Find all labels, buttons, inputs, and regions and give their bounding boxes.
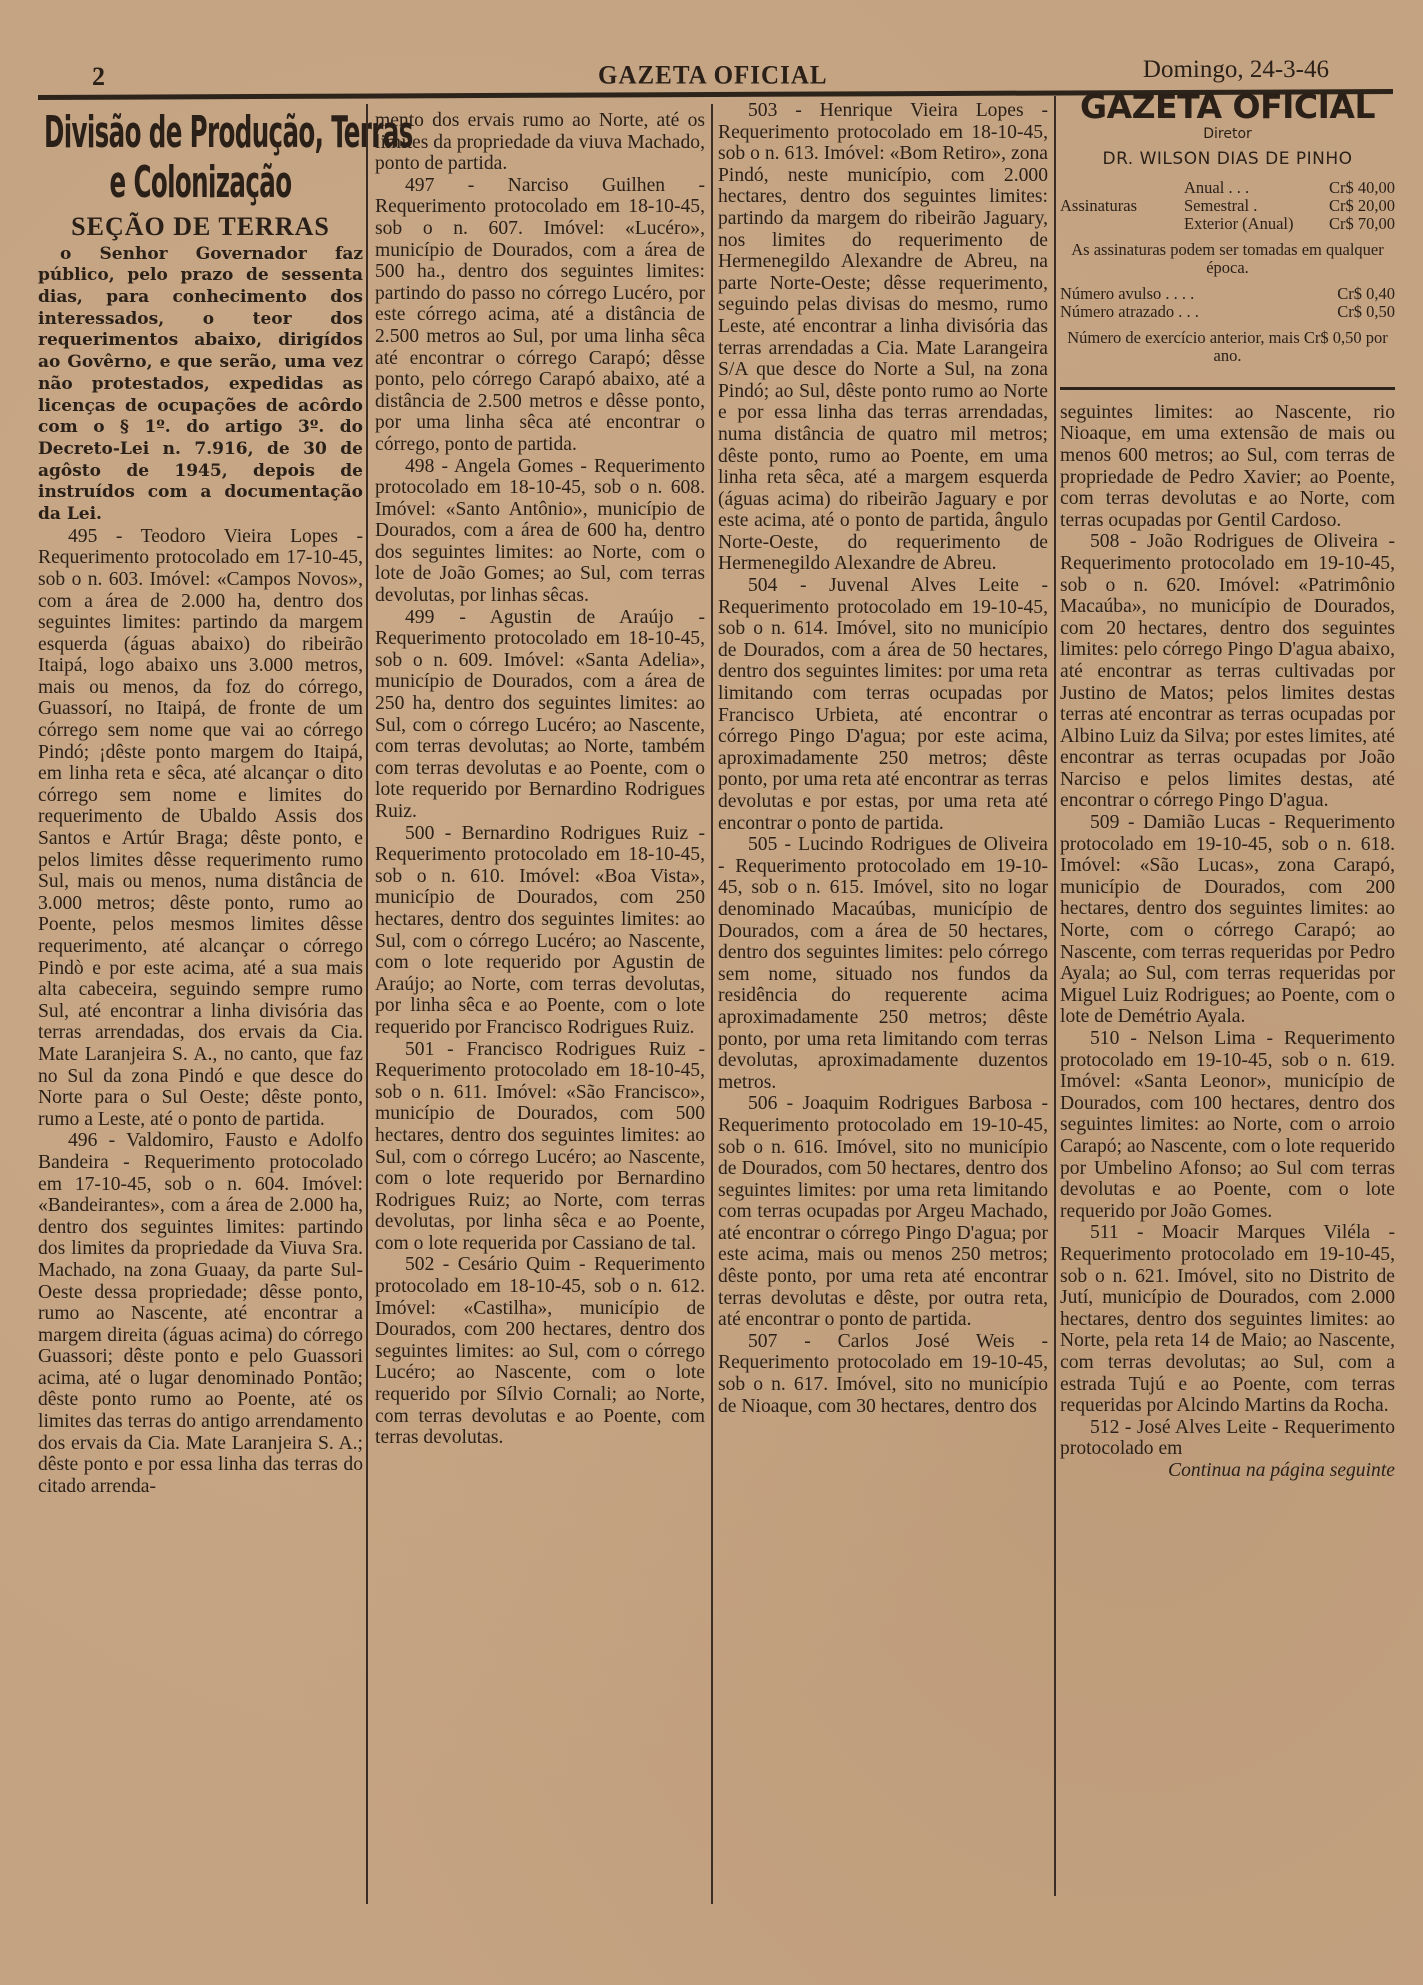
article-heading-line-1: Divisão de Produção, Terras [44,108,357,158]
entry-500: 500 - Bernardino Rodrigues Ruiz - Requer… [375,823,705,1039]
entry-503: 503 - Henrique Vieira Lopes - Requerimen… [718,100,1048,575]
masthead-rule [1060,387,1395,390]
section-heading: SEÇÃO DE TERRAS [38,216,363,238]
single-issue-price: Cr$ 0,40 [1337,285,1395,303]
column-3: 503 - Henrique Vieira Lopes - Requerimen… [718,100,1048,1417]
entry-504: 504 - Juvenal Alves Leite - Requerimento… [718,575,1048,834]
subscription-price: Cr$ 70,00 [1329,215,1395,233]
column-divider [366,104,368,1904]
entry-496: 496 - Valdomiro, Fausto e Adolfo Bandeir… [38,1130,363,1497]
entry-510: 510 - Nelson Lima - Requerimento protoco… [1060,1028,1395,1222]
previous-year-note: Número de exercício anterior, mais Cr$ 0… [1060,329,1395,365]
entry-508: 508 - João Rodrigues de Oliveira - Reque… [1060,531,1395,812]
masthead-box: GAZETA OFICIAL Diretor DR. WILSON DIAS D… [1060,96,1395,390]
director-label: Diretor [1060,124,1395,146]
subscriptions-label: Assinaturas [1060,197,1180,215]
continued-next-page-note: Continua na página seguinte [1060,1460,1395,1482]
column-divider [711,104,713,1904]
issue-date: Domingo, 24-3-46 [1143,56,1329,84]
single-issue-label: Número avulso . . . . [1060,285,1194,303]
entry-502: 502 - Cesário Quim - Requerimento protoc… [375,1254,705,1448]
entry-499: 499 - Agustin de Araújo - Requerimento p… [375,607,705,823]
back-issue-label: Número atrazado . . . [1060,303,1199,321]
subscription-note: As assinaturas podem ser tomadas em qual… [1060,241,1395,277]
entry-507-continued: seguintes limites: ao Nascente, rio Nioa… [1060,402,1395,532]
entry-506: 506 - Joaquim Rodrigues Barbosa - Requer… [718,1093,1048,1331]
subscription-period: Exterior (Anual) [1180,215,1329,233]
subscription-period: Semestral . [1180,197,1329,215]
entry-498: 498 - Angela Gomes - Requerimento protoc… [375,456,705,607]
entry-495: 495 - Teodoro Vieira Lopes - Requeriment… [38,526,363,1131]
subscription-prices: Anual . . .Cr$ 40,00 AssinaturasSemestra… [1060,179,1395,233]
newspaper-title: GAZETA OFICIAL [598,61,828,90]
subscription-price: Cr$ 40,00 [1329,179,1395,197]
column-divider [1054,96,1056,1896]
entry-512: 512 - José Alves Leite - Requerimento pr… [1060,1417,1395,1460]
entry-505: 505 - Lucindo Rodrigues de Oliveira - Re… [718,834,1048,1093]
entry-496-continued: mento dos ervais rumo ao Norte, até os l… [375,110,705,175]
article-heading-line-2: e Colonização [44,158,357,208]
entry-507: 507 - Carlos José Weis - Requerimento pr… [718,1331,1048,1417]
subscription-price: Cr$ 20,00 [1329,197,1395,215]
entry-501: 501 - Francisco Rodrigues Ruiz - Requeri… [375,1039,705,1255]
back-issue-price: Cr$ 0,50 [1337,303,1395,321]
column-1: Divisão de Produção, Terras e Colonizaçã… [38,108,363,1497]
entry-509: 509 - Damião Lucas - Requerimento protoc… [1060,812,1395,1028]
director-name: DR. WILSON DIAS DE PINHO [1060,149,1395,171]
masthead-title: GAZETA OFICIAL [1060,96,1395,118]
column-4: GAZETA OFICIAL Diretor DR. WILSON DIAS D… [1060,96,1395,1481]
entry-497: 497 - Narciso Guilhen - Requerimento pro… [375,175,705,456]
page-number: 2 [92,62,105,92]
column-2: mento dos ervais rumo ao Norte, até os l… [375,110,705,1449]
entry-511: 511 - Moacir Marques Viléla - Requerimen… [1060,1222,1395,1416]
intro-paragraph: o Senhor Governador faz público, pelo pr… [38,244,363,526]
subscription-period: Anual . . . [1180,179,1329,197]
